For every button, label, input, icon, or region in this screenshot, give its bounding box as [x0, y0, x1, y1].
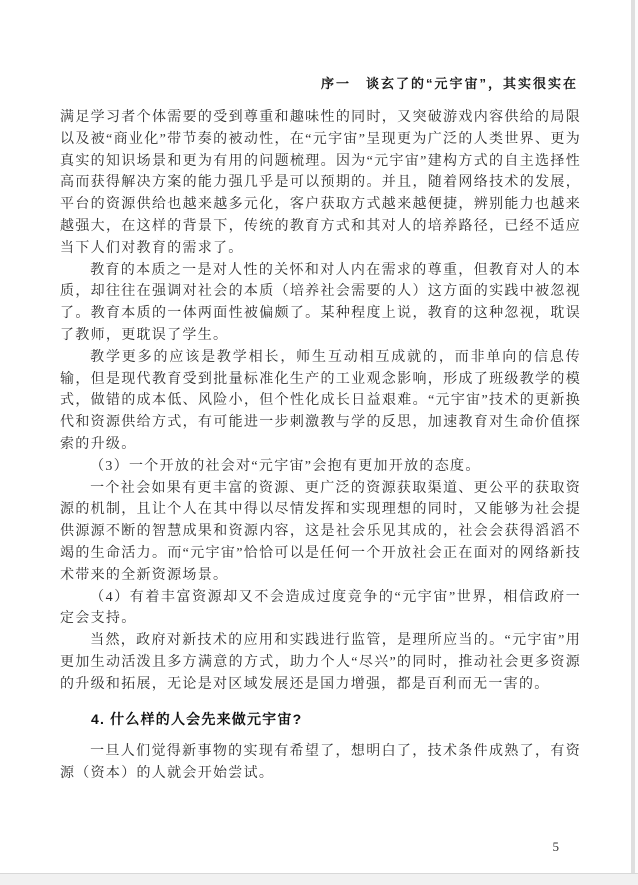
section-heading: 4. 什么样的人会先来做元宇宙?	[60, 709, 581, 731]
book-page: 序一 谈玄了的“元宇宙”，其实很实在 满足学习者个体需要的受到尊重和趣味性的同时…	[0, 0, 631, 873]
paragraph: 一旦人们觉得新事物的实现有希望了，想明白了，技术条件成熟了，有资源（资本）的人就…	[60, 741, 581, 785]
paragraph: （3）一个开放的社会对“元宇宙”会抱有更加开放的态度。	[60, 456, 581, 478]
paragraph: 教学更多的应该是教学相长，师生互动相互成就的，而非单向的信息传输，但是现代教育受…	[60, 347, 581, 456]
paragraph: 教育的本质之一是对人性的关怀和对人内在需求的尊重，但教育对人的本质，却往往在强调…	[60, 260, 581, 347]
paragraph: （4）有着丰富资源却又不会造成过度竞争的“元宇宙”世界，相信政府一定会支持。	[60, 587, 581, 631]
paragraph: 一个社会如果有更丰富的资源、更广泛的资源获取渠道、更公平的获取资源的机制，且让个…	[60, 478, 581, 587]
viewer-background-strip	[0, 873, 638, 885]
page-number: 5	[553, 839, 560, 855]
paragraph: 当然，政府对新技术的应用和实践进行监管，是理所应当的。“元宇宙”用更加生动活泼且…	[60, 630, 581, 695]
paragraph: 满足学习者个体需要的受到尊重和趣味性的同时，又突破游戏内容供给的局限以及被“商业…	[60, 107, 581, 260]
page-body-text: 满足学习者个体需要的受到尊重和趣味性的同时，又突破游戏内容供给的局限以及被“商业…	[60, 107, 581, 785]
running-header: 序一 谈玄了的“元宇宙”，其实很实在	[321, 73, 578, 92]
